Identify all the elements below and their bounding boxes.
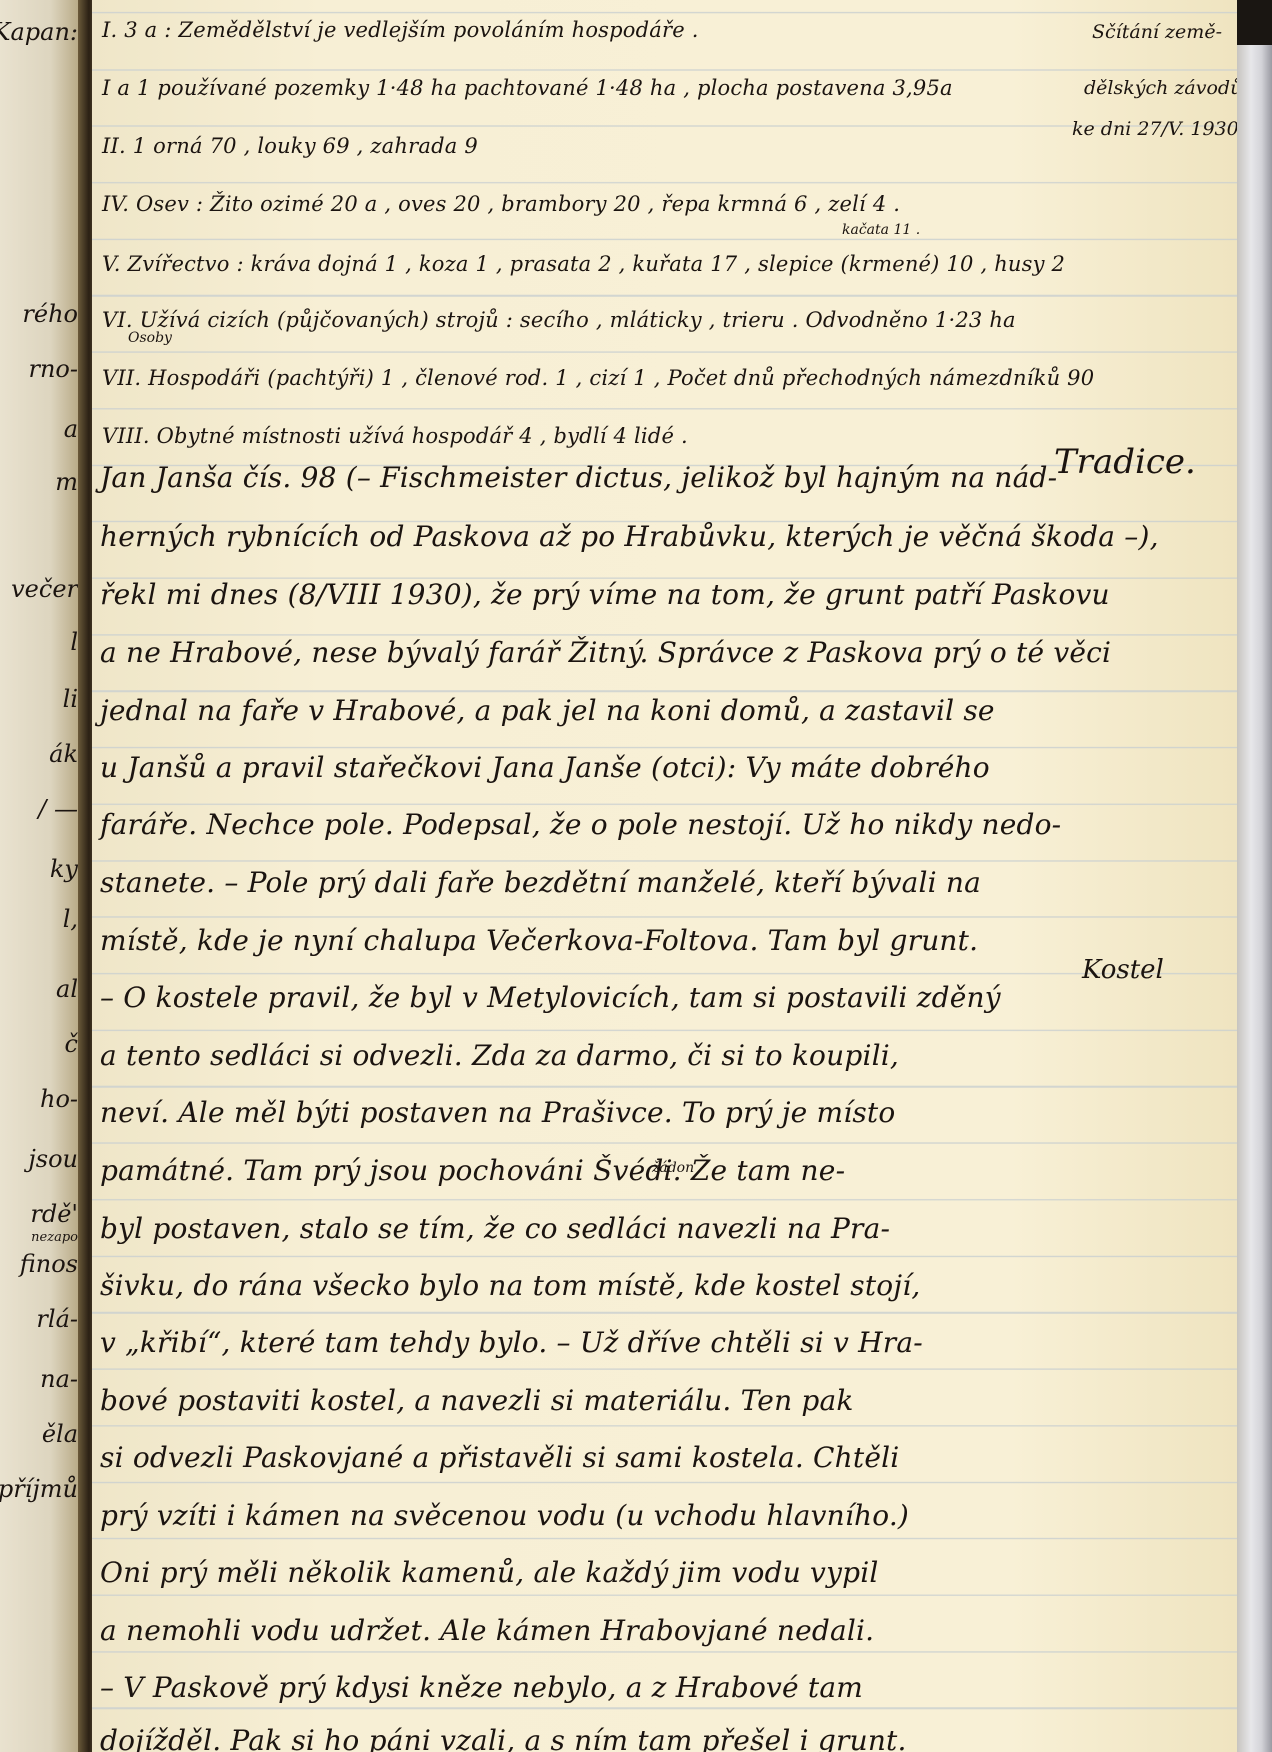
narrative-line: řekl mi dnes (8/VIII 1930), že prý víme … bbox=[100, 578, 1110, 611]
narrative-line: – O kostele pravil, že byl v Metylovicíc… bbox=[100, 981, 1001, 1014]
narrative-line: byl postaven, stalo se tím, že co sedlác… bbox=[100, 1212, 890, 1245]
narrative-line: jednal na faře v Hrabové, a pak jel na k… bbox=[100, 694, 995, 727]
census-line: I a 1 používané pozemky 1·48 ha pachtova… bbox=[102, 76, 953, 100]
census-line: VI. Užívá cizích (půjčovaných) strojů : … bbox=[102, 308, 1016, 332]
left-page-fragment: / — bbox=[38, 795, 78, 823]
margin-note-census-title: Sčítání země- dělských závodů bbox=[1092, 4, 1237, 116]
left-page-fragment: čtí příjmů bbox=[0, 1475, 78, 1503]
narrative-line: památné. Tam prý jsou pochováni Švédi. Ž… bbox=[100, 1154, 845, 1187]
narrative-line: prý vzíti i kámen na svěcenou vodu (u vc… bbox=[100, 1499, 909, 1532]
left-page-fragment: č bbox=[65, 1030, 78, 1058]
left-page-fragment: ěla bbox=[42, 1420, 78, 1448]
narrative-line: Jan Janša čís. 98 (– Fischmeister dictus… bbox=[100, 461, 1057, 494]
census-line: I. 3 a : Zemědělství je vedlejším povolá… bbox=[102, 18, 699, 42]
left-page-fragment: rdě' bbox=[30, 1200, 78, 1228]
census-line: IV. Osev : Žito ozimé 20 a , oves 20 , b… bbox=[102, 192, 900, 216]
interlinear-note: Osoby bbox=[128, 330, 172, 346]
left-page-fragment: li bbox=[63, 685, 78, 713]
left-page-fragment: jsou bbox=[28, 1145, 78, 1173]
narrative-line: a tento sedláci si odvezli. Zda za darmo… bbox=[100, 1039, 899, 1072]
narrative-line: místě, kde je nyní chalupa Večerkova-Fol… bbox=[100, 924, 978, 957]
narrative-line: bové postaviti kostel, a navezli si mate… bbox=[100, 1384, 854, 1417]
narrative-line: u Janšů a pravil stařečkovi Jana Janše (… bbox=[100, 751, 990, 784]
narrative-line: faráře. Nechce pole. Podepsal, že o pole… bbox=[100, 808, 1061, 841]
margin-note-census-date: ke dni 27/V. 1930. bbox=[1072, 118, 1237, 140]
narrative-line: neví. Ale měl býti postaven na Prašivce.… bbox=[100, 1096, 895, 1129]
narrative-line: herných rybnících od Paskova až po Hrabů… bbox=[100, 520, 1159, 553]
left-page-fragment: rno- bbox=[29, 355, 79, 383]
margin-note-line: Sčítání země- bbox=[1092, 4, 1237, 60]
narrative-line: a ne Hrabové, nese bývalý farář Žitný. S… bbox=[100, 636, 1111, 669]
narrative-line: si odvezli Paskovjané a přistavěli si sa… bbox=[100, 1441, 899, 1474]
census-line: VIII. Obytné místnosti užívá hospodář 4 … bbox=[102, 424, 688, 448]
interlinear-note: kačata 11 . bbox=[842, 222, 920, 238]
left-page-fragment: nezapo bbox=[31, 1230, 78, 1245]
narrative-line: šivku, do rána všecko bylo na tom místě,… bbox=[100, 1269, 920, 1302]
narrative-line: a nemohli vodu udržet. Ale kámen Hrabovj… bbox=[100, 1614, 874, 1647]
left-page-fragment: l bbox=[70, 628, 78, 656]
narrative-line: – V Paskově prý kdysi kněze nebylo, a z … bbox=[100, 1671, 863, 1704]
left-page-fragment: ky bbox=[50, 855, 78, 883]
narrative-line: v „křibí“, které tam tehdy bylo. – Už dř… bbox=[100, 1326, 923, 1359]
left-page-fragment: m bbox=[55, 468, 78, 496]
margin-note-kostel: Kostel bbox=[1082, 955, 1164, 985]
left-page-fragment: al bbox=[56, 975, 78, 1003]
left-page-fragment: rého bbox=[22, 300, 78, 328]
margin-note-line: dělských závodů bbox=[1084, 60, 1237, 116]
left-page-fragment: a bbox=[64, 415, 78, 443]
left-page-fragment: na- bbox=[40, 1365, 78, 1393]
narrative-line: Oni prý měli několik kamenů, ale každý j… bbox=[100, 1556, 879, 1589]
census-line: VII. Hospodáři (pachtýři) 1 , členové ro… bbox=[102, 366, 1094, 390]
left-page-fragment: rlá- bbox=[36, 1305, 78, 1333]
margin-note-tradice: Tradice. bbox=[1054, 442, 1196, 482]
left-page-fragment: večer bbox=[11, 575, 78, 603]
left-page-fragment: ák bbox=[49, 740, 78, 768]
left-page-fragment: ho- bbox=[40, 1085, 78, 1113]
census-line: V. Zvířectvo : kráva dojná 1 , koza 1 , … bbox=[102, 252, 1065, 276]
left-page-fragment: Kapan: bbox=[0, 18, 78, 46]
right-page-edge bbox=[1237, 0, 1272, 1752]
narrative-line: dojížděl. Pak si ho páni vzali, a s ním … bbox=[100, 1724, 907, 1752]
manuscript-page: I. 3 a : Zemědělství je vedlejším povolá… bbox=[92, 0, 1237, 1752]
left-page-fragment: finos bbox=[20, 1250, 78, 1278]
census-line: II. 1 orná 70 , louky 69 , zahrada 9 bbox=[102, 134, 478, 158]
narrative-line: stanete. – Pole prý dali faře bezdětní m… bbox=[100, 866, 981, 899]
left-page-fragment: l, bbox=[63, 905, 78, 933]
